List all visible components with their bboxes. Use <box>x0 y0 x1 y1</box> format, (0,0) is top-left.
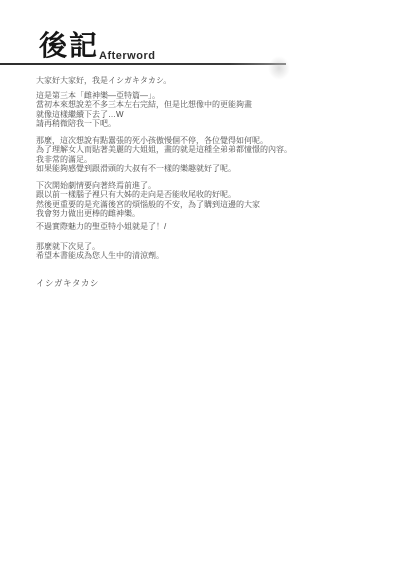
text-line: 我會努力做出更棒的雌神樂。 <box>36 209 260 218</box>
paragraph-story-comment: 那麼，這次想說有點囂張的死小孩傲慢個不停，各位覺得如何呢。 為了理解女人而貼著美… <box>36 136 292 174</box>
page-subtitle: Afterword <box>99 50 155 62</box>
text-line: 那麼，這次想說有點囂張的死小孩傲慢個不停，各位覺得如何呢。 <box>36 136 292 145</box>
paragraph-aside: 不過實際魅力的聖亞特小姐就是了！/ <box>36 222 166 231</box>
scan-artifact <box>268 56 290 80</box>
paragraph-next-volume: 下次開始劇情要向著終焉前進了。 跟以前一樣腦子裡只有大姊的走向是否能收尾收的好呢… <box>36 181 260 219</box>
text-line: 為了理解女人而貼著美麗的大姐姐，畫的就是這種全弟弟都憧憬的內容。 <box>36 145 292 154</box>
paragraph-farewell: 那麼就下次見了。 希望本書能成為您人生中的清涼劑。 <box>36 242 164 261</box>
paragraph-greeting: 大家好大家好，我是イシガキタカシ。 <box>36 76 171 85</box>
text-line: 如果能夠感覺到跟滑頭的大叔有不一樣的樂趣就好了呢。 <box>36 164 292 173</box>
text-line: 希望本書能成為您人生中的清涼劑。 <box>36 251 164 260</box>
page-title: 後記 <box>39 32 99 62</box>
text-line: 不過實際魅力的聖亞特小姐就是了！/ <box>36 222 166 231</box>
text-line: 當初本來想說差不多三本左右完結，但是比想像中的更能夠畫 <box>36 100 252 109</box>
text-line: 我非常的滿足。 <box>36 155 292 164</box>
text-line: 就像這樣繼續下去了…W <box>36 110 252 119</box>
text-line: 跟以前一樣腦子裡只有大姊的走向是否能收尾收的好呢。 <box>36 190 260 199</box>
text-line: 這是第三本「雌神樂—亞特篇—」。 <box>36 91 252 100</box>
text-line: 那麼就下次見了。 <box>36 242 164 251</box>
author-signature: イシガキタカシ <box>36 277 99 289</box>
paragraph-volume-intro: 這是第三本「雌神樂—亞特篇—」。 當初本來想說差不多三本左右完結，但是比想像中的… <box>36 91 252 129</box>
title-underline <box>0 63 286 65</box>
text-line: 大家好大家好，我是イシガキタカシ。 <box>36 76 171 85</box>
text-line: 請再稍微陪我一下吧。 <box>36 119 252 128</box>
text-line: 下次開始劇情要向著終焉前進了。 <box>36 181 260 190</box>
text-line: 然後更重要的是充滿後宮的煩惱般的不安，為了購到這邊的大家 <box>36 200 260 209</box>
afterword-page: 後記 Afterword 大家好大家好，我是イシガキタカシ。 這是第三本「雌神樂… <box>0 0 400 575</box>
